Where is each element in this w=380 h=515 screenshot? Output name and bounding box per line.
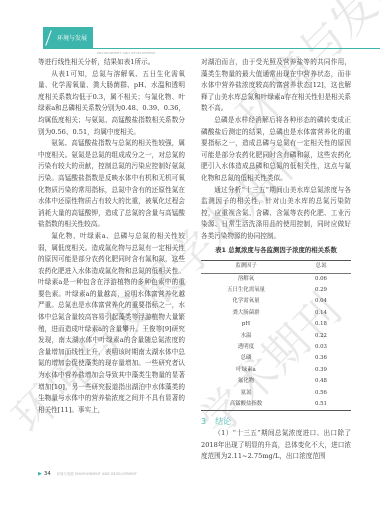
triangle-icon: ▶ [38,471,42,477]
table-row: 氟化物0.48 [201,376,351,387]
table-row: 总磷0.36 [201,353,351,364]
factor-cell: 水温 [201,331,291,342]
section-number: 3 [201,417,206,426]
table-row: 氨氮0.56 [201,388,351,399]
paragraph: （1）“十三五”期间总氮浓度进口、出口除了2018年出现了明显的升高，总体变化不… [201,428,351,463]
factor-cell: 叶绿素a [201,365,291,376]
coefficient-cell: 0.36 [291,353,351,364]
factor-cell: 高锰酸盐指数 [201,399,291,411]
column-header-total-nitrogen: 总氮 [291,261,351,273]
paragraph: 从表1可知，总氮与溶解氧、五日生化需氧量、化学需氧量、粪大肠菌群、pH、水温和透… [38,69,185,139]
table-header-row: 监测因子 总氮 [201,261,351,273]
factor-cell: 总磷 [201,353,291,364]
paragraph: 对湖泊而言，由于受光照及营养盐等的共同作用，藻类生物量的最大值通常出现在中营养状… [201,57,351,115]
table-row: 粪大肠菌群0.14 [201,308,351,319]
section-tab-label: 环境与发展 [57,33,87,42]
coefficient-cell: 0.22 [291,331,351,342]
factor-cell: 五日生化需氧量 [201,285,291,296]
table-row: pH0.18 [201,319,351,330]
coefficient-cell: 0.06 [291,273,351,285]
coefficient-cell: 0.48 [291,376,351,387]
coefficient-cell: 0.14 [291,308,351,319]
column-header-factor: 监测因子 [201,261,291,273]
right-column: 对湖泊而言，由于受光照及营养盐等的共同作用，藻类生物量的最大值通常出现在中营养状… [201,57,351,463]
table-row: 化学需氧量0.04 [201,296,351,307]
table-row: 叶绿素a0.39 [201,365,351,376]
paragraph: 等进行线性相关分析，结果如表1所示。 [38,57,185,69]
coefficient-cell: 0.39 [291,365,351,376]
table-row: 高锰酸盐指数0.51 [201,399,351,411]
coefficient-cell: 0.56 [291,388,351,399]
paragraph: 氨氮、高锰酸盐指数与总氮的相关性较强，属中度相关。氨氮是总氮的组成成分之一，对总… [38,138,185,231]
factor-cell: 氨氮 [201,388,291,399]
table-row: 五日生化需氧量0.29 [201,285,351,296]
coefficient-cell: 0.18 [291,319,351,330]
paragraph: 总磷是水样经消解后将各种形态的磷转变成正磷酸盐后测定的结果，总磷也是水体富营养化… [201,115,351,185]
factor-cell: 氟化物 [201,376,291,387]
factor-cell: 溶解氧 [201,273,291,285]
section-title: 结论 [215,417,231,426]
table-row: 透明度0.03 [201,342,351,353]
factor-cell: 透明度 [201,342,291,353]
paragraph: 氟化物、叶绿素a、总磷与总氮的相关性较弱，属低度相关。造成氟化物与总氮有一定相关… [38,231,185,417]
header-divider [93,48,380,49]
table-row: 溶解氧0.06 [201,273,351,285]
coefficient-cell: 0.51 [291,399,351,411]
section-heading: 3结论 [201,416,351,428]
paragraph: 通过分析“十三五”期间山美水库总氮浓度与各监测因子的相关性，针对山美水库的总氮污… [201,185,351,243]
coefficient-cell: 0.29 [291,285,351,296]
factor-cell: 粪大肠菌群 [201,308,291,319]
factor-cell: pH [201,319,291,330]
coefficient-cell: 0.03 [291,342,351,353]
left-column: 等进行线性相关分析，结果如表1所示。 从表1可知，总氮与溶解氧、五日生化需氧量、… [38,57,185,416]
factor-cell: 化学需氧量 [201,296,291,307]
page-footer: ▶34环境与发展 ENVIRONMENT AND DEVELOPMENT [38,471,137,477]
table-row: 水温0.22 [201,331,351,342]
coefficient-cell: 0.04 [291,296,351,307]
page-number: 34 [44,471,51,477]
table-caption: 表1 总氮浓度与各监测因子浓度的相关系数 [201,245,351,257]
journal-subtitle: ENVIRONMENT AND DEVELOPMENT [97,51,156,55]
footer-journal: 环境与发展 ENVIRONMENT AND DEVELOPMENT [57,472,137,476]
correlation-table: 监测因子 总氮 溶解氧0.06五日生化需氧量0.29化学需氧量0.04粪大肠菌群… [201,260,351,411]
